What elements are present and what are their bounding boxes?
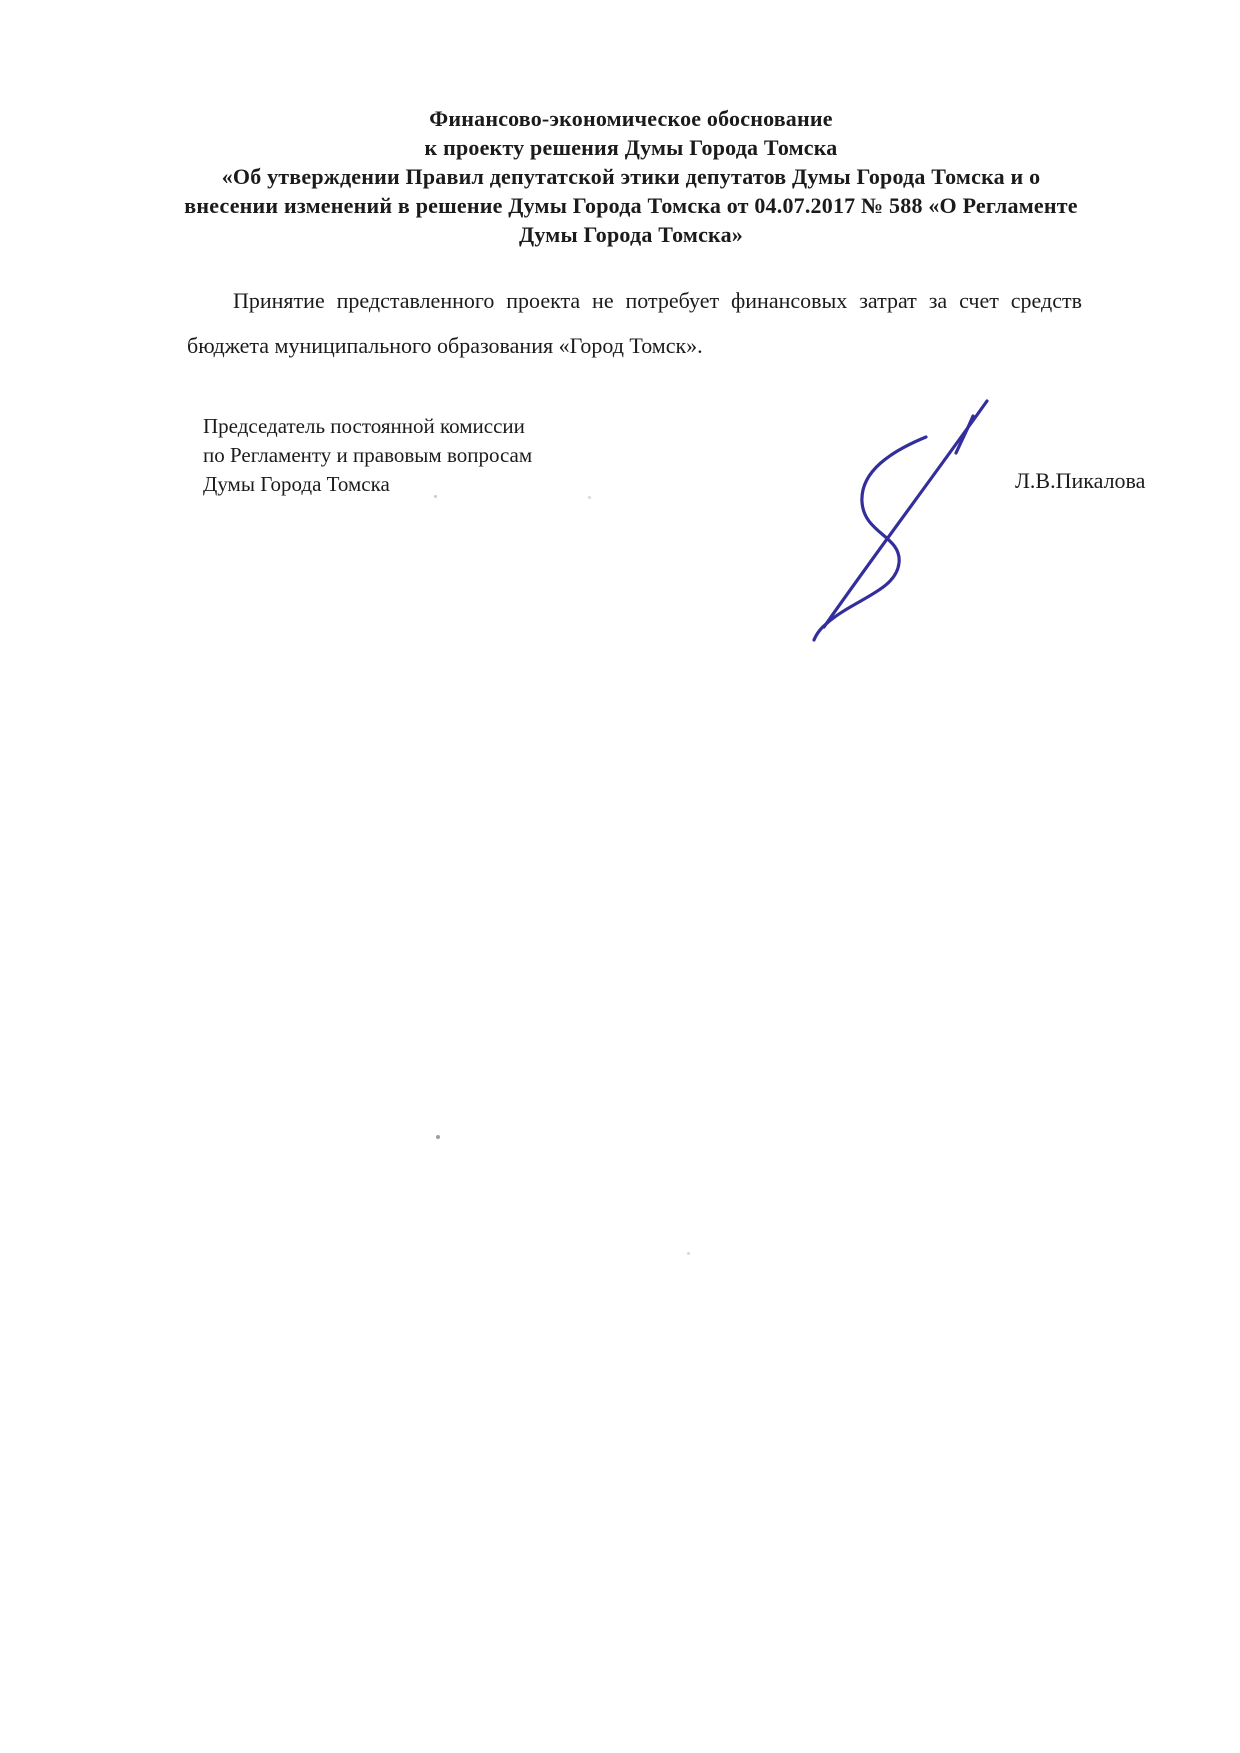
paragraph-line-1: Принятие представленного проекта не потр… bbox=[187, 278, 1082, 323]
handwritten-signature bbox=[780, 385, 1040, 645]
document-title: Финансово-экономическое обоснование к пр… bbox=[178, 104, 1084, 249]
signer-name: Л.В.Пикалова bbox=[1015, 467, 1145, 495]
signature-title-block: Председатель постоянной комиссии по Регл… bbox=[203, 412, 623, 499]
title-line-1: Финансово-экономическое обоснование bbox=[178, 104, 1084, 133]
scan-artifact-dot bbox=[434, 495, 437, 498]
document-page: Финансово-экономическое обоснование к пр… bbox=[0, 0, 1240, 1753]
body-paragraph: Принятие представленного проекта не потр… bbox=[187, 278, 1082, 368]
signature-title-line-2: по Регламенту и правовым вопросам bbox=[203, 441, 623, 470]
title-line-5: Думы Города Томска» bbox=[178, 220, 1084, 249]
scan-artifact-dot bbox=[436, 1135, 440, 1139]
title-line-2: к проекту решения Думы Города Томска bbox=[178, 133, 1084, 162]
signature-title-line-3: Думы Города Томска bbox=[203, 470, 623, 499]
title-line-3: «Об утверждении Правил депутатской этики… bbox=[178, 162, 1084, 191]
title-line-4: внесении изменений в решение Думы Города… bbox=[178, 191, 1084, 220]
scan-artifact-dot bbox=[588, 496, 591, 499]
paragraph-line-2: бюджета муниципального образования «Горо… bbox=[187, 323, 1082, 368]
scan-artifact-dot bbox=[687, 1252, 690, 1255]
signature-title-line-1: Председатель постоянной комиссии bbox=[203, 412, 623, 441]
